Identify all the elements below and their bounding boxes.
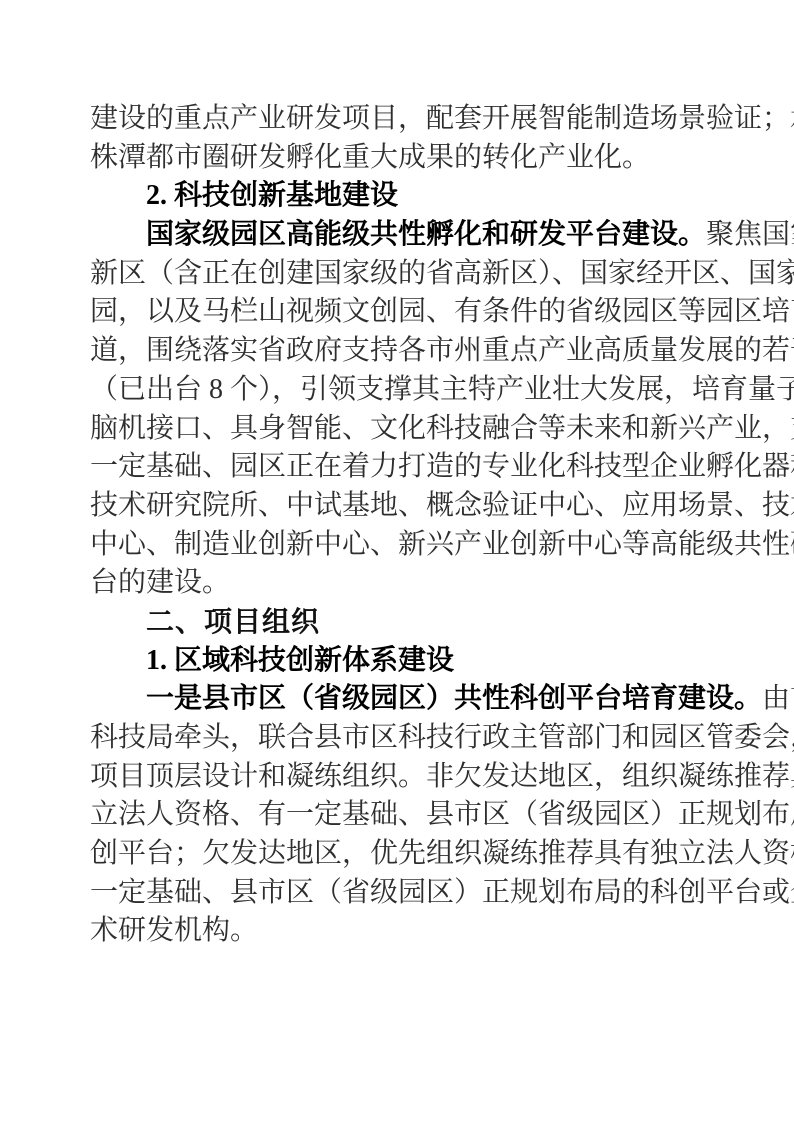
text-line: 一定基础、园区正在着力打造的专业化科技型企业孵化器和产业 [90,448,710,487]
text-line: 创平台；欠发达地区，优先组织凝练推荐具有独立法人资格、有 [90,835,710,874]
line-text: 建设的重点产业研发项目，配套开展智能制造场景验证；承接长 [90,103,794,134]
text-line: 中心、制造业创新中心、新兴产业创新中心等高能级共性研发平 [90,526,710,565]
line-text: 术研发机构。 [90,915,258,946]
document-content: 建设的重点产业研发项目，配套开展智能制造场景验证；承接长株潭都市圈研发孵化重大成… [90,100,710,951]
text-line: 新区（含正在创建国家级的省高新区）、国家经开区、国家农科 [90,255,710,294]
bold-lead-text: 国家级园区高能级共性孵化和研发平台建设。 [146,219,706,250]
text-line: 立法人资格、有一定基础、县市区（省级园区）正规划布局的科 [90,796,710,835]
text-line: 科技局牵头，联合县市区科技行政主管部门和园区管委会，加强 [90,719,710,758]
line-text: 脑机接口、具身智能、文化科技融合等未来和新兴产业，支持有 [90,413,794,444]
text-line: 台的建设。 [90,564,710,603]
document-page: 建设的重点产业研发项目，配套开展智能制造场景验证；承接长株潭都市圈研发孵化重大成… [0,0,794,1123]
text-line: 国家级园区高能级共性孵化和研发平台建设。聚焦国家高 [90,216,710,255]
line-text: 株潭都市圈研发孵化重大成果的转化产业化。 [90,142,650,173]
line-text: 聚焦国家高 [706,219,794,250]
text-line: 道，围绕落实省政府支持各市州重点产业高质量发展的若干措施 [90,332,710,371]
text-line: 园，以及马栏山视频文创园、有条件的省级园区等园区培育新赛 [90,293,710,332]
line-text: 由市州 [762,683,794,714]
line-text: 园，以及马栏山视频文创园、有条件的省级园区等园区培育新赛 [90,296,794,327]
text-line: 技术研究院所、中试基地、概念验证中心、应用场景、技术创新 [90,487,710,526]
line-text: 台的建设。 [90,567,230,598]
line-text: 道，围绕落实省政府支持各市州重点产业高质量发展的若干措施 [90,335,794,366]
line-text: 创平台；欠发达地区，优先组织凝练推荐具有独立法人资格、有 [90,838,794,869]
text-line: 建设的重点产业研发项目，配套开展智能制造场景验证；承接长 [90,100,710,139]
text-line: 项目顶层设计和凝练组织。非欠发达地区，组织凝练推荐具有独 [90,758,710,797]
line-text: 立法人资格、有一定基础、县市区（省级园区）正规划布局的科 [90,799,794,830]
section-heading: 1. 区域科技创新体系建设 [90,642,710,681]
text-line: 脑机接口、具身智能、文化科技融合等未来和新兴产业，支持有 [90,410,710,449]
line-text: 项目顶层设计和凝练组织。非欠发达地区，组织凝练推荐具有独 [90,761,794,792]
section-heading: 二、项目组织 [90,603,710,642]
line-text: 一定基础、园区正在着力打造的专业化科技型企业孵化器和产业 [90,451,794,482]
text-line: 术研发机构。 [90,912,710,951]
line-text: 1. 区域科技创新体系建设 [146,645,454,676]
section-heading: 2. 科技创新基地建设 [90,177,710,216]
line-text: 技术研究院所、中试基地、概念验证中心、应用场景、技术创新 [90,490,794,521]
line-text: （已出台 8 个），引领支撑其主特产业壮大发展，培育量子科技、 [90,374,794,405]
line-text: 中心、制造业创新中心、新兴产业创新中心等高能级共性研发平 [90,529,794,560]
text-line: 株潭都市圈研发孵化重大成果的转化产业化。 [90,139,710,178]
text-line: 一定基础、县市区（省级园区）正规划布局的科创平台或企业技 [90,874,710,913]
line-text: 一定基础、县市区（省级园区）正规划布局的科创平台或企业技 [90,877,794,908]
bold-lead-text: 一是县市区（省级园区）共性科创平台培育建设。 [146,683,762,714]
line-text: 二、项目组织 [146,606,320,637]
text-line: （已出台 8 个），引领支撑其主特产业壮大发展，培育量子科技、 [90,371,710,410]
line-text: 2. 科技创新基地建设 [146,180,398,211]
text-line: 一是县市区（省级园区）共性科创平台培育建设。由市州 [90,680,710,719]
line-text: 科技局牵头，联合县市区科技行政主管部门和园区管委会，加强 [90,722,794,753]
line-text: 新区（含正在创建国家级的省高新区）、国家经开区、国家农科 [90,258,794,289]
